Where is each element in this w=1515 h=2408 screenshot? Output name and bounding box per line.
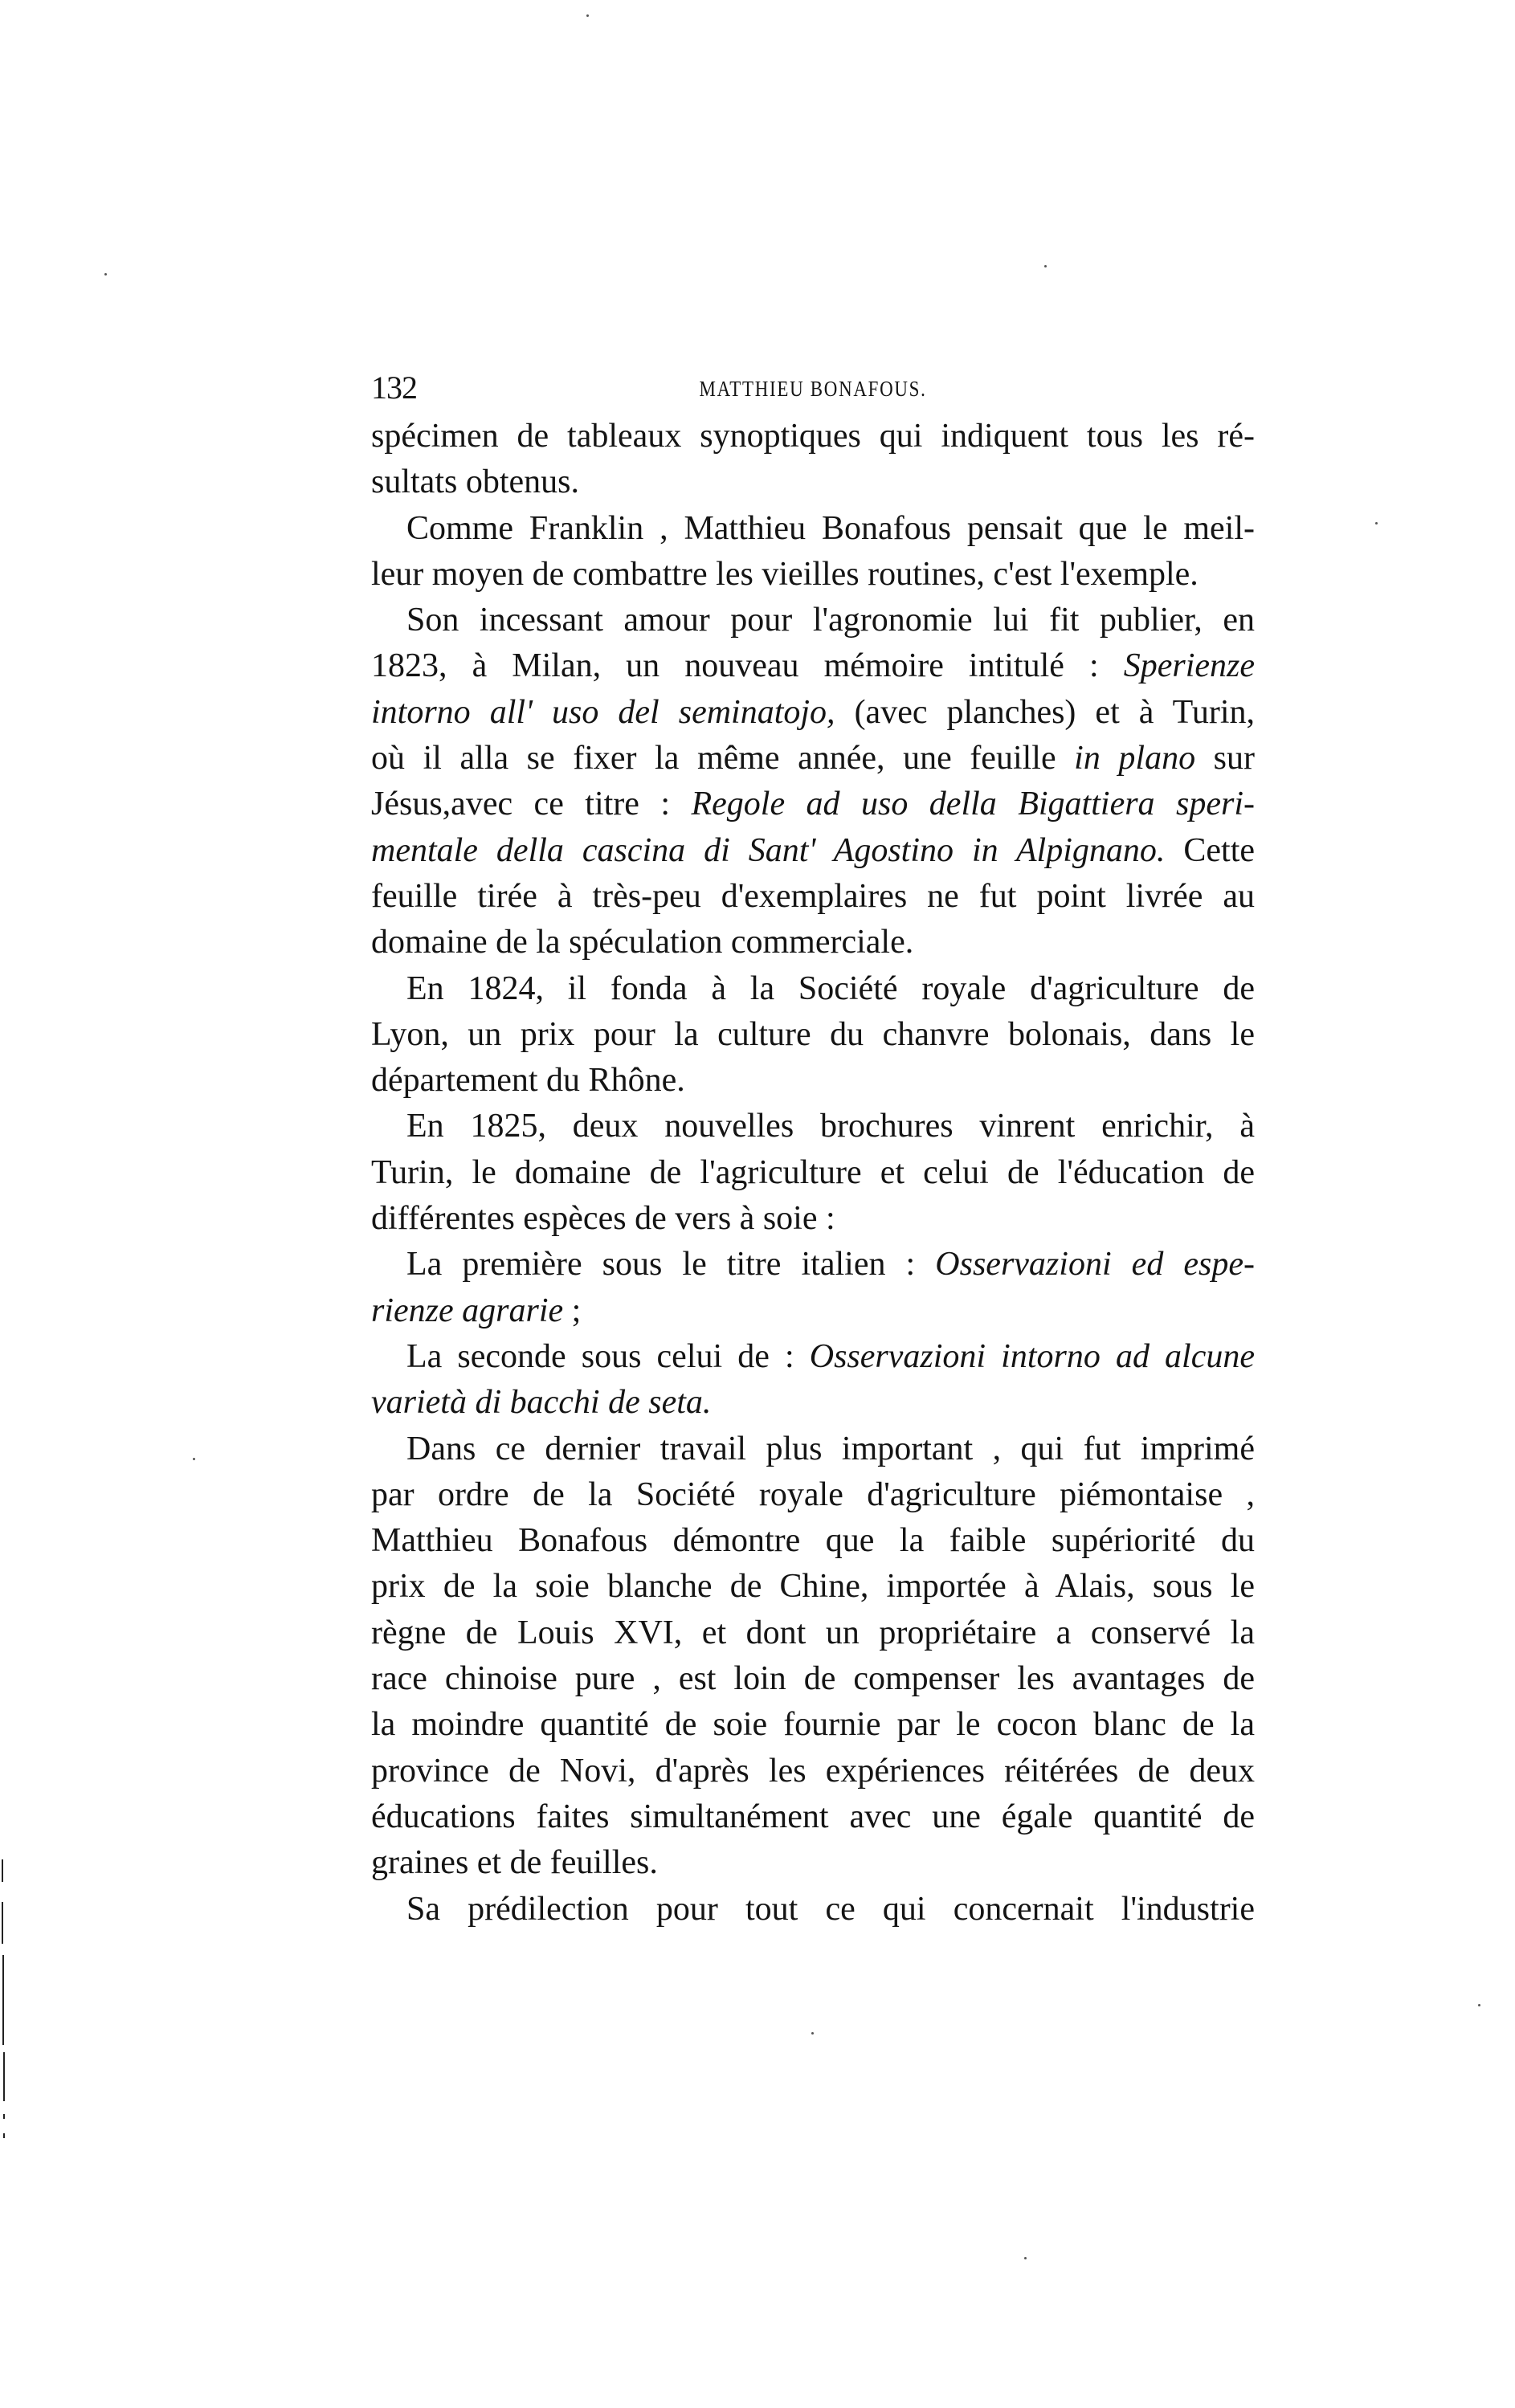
text-line: par ordre de la Société royale d'agricul… — [371, 1472, 1255, 1518]
running-head: 132 MATTHIEU BONAFOUS. — [371, 368, 1255, 408]
text-segment: règne de Louis XVI, et dont un propriéta… — [371, 1614, 1255, 1651]
scan-speck — [193, 1458, 195, 1460]
text-segment: Son incessant amour pour l'agronomie lui… — [406, 602, 1255, 639]
text-segment: par ordre de la Société royale d'agricul… — [371, 1476, 1255, 1513]
text-segment: En 1825, deux nouvelles brochures vinren… — [406, 1108, 1255, 1145]
text-line: Turin, le domaine de l'agriculture et ce… — [371, 1150, 1255, 1196]
scan-speck — [1478, 2004, 1480, 2006]
body-text: spécimen de tableaux synoptiques qui ind… — [371, 414, 1255, 1933]
running-title: MATTHIEU BONAFOUS. — [438, 371, 1189, 406]
text-segment: En 1824, il fonda à la Société royale d'… — [406, 970, 1255, 1007]
text-line: 1823, à Milan, un nouveau mémoire intitu… — [371, 643, 1255, 689]
text-line: Sa prédilection pour tout ce qui concern… — [371, 1887, 1255, 1933]
text-segment: sultats obtenus. — [371, 463, 579, 500]
text-line: La première sous le titre italien : Osse… — [371, 1242, 1255, 1288]
scan-speck — [1024, 2257, 1027, 2259]
text-line: varietà di bacchi de seta. — [371, 1380, 1255, 1426]
text-segment: province de Novi, d'après les expérience… — [371, 1753, 1255, 1790]
text-line: En 1825, deux nouvelles brochures vinren… — [371, 1104, 1255, 1149]
scan-speck — [1044, 265, 1047, 267]
text-segment: ; — [563, 1292, 581, 1329]
text-line: leur moyen de combattre les vieilles rou… — [371, 552, 1255, 598]
text-segment: la moindre quantité de soie fournie par … — [371, 1706, 1255, 1743]
italic-title-text: rienze agrarie — [371, 1292, 563, 1329]
scan-artifact-line — [3, 2114, 5, 2119]
italic-title-text: Sperienze — [1124, 647, 1255, 684]
text-line: province de Novi, d'après les expérience… — [371, 1749, 1255, 1794]
text-line: graines et de feuilles. — [371, 1840, 1255, 1886]
text-segment: différentes espèces de vers à soie : — [371, 1200, 835, 1237]
italic-title-text: Osservazioni ed espe- — [935, 1246, 1255, 1283]
italic-title-text: intorno all' uso del seminatojo, — [371, 694, 835, 731]
text-segment: où il alla se fixer la même année, une f… — [371, 740, 1074, 777]
text-segment: Jésus,avec ce titre : — [371, 786, 692, 822]
scan-speck — [104, 273, 107, 275]
text-segment: graines et de feuilles. — [371, 1844, 658, 1881]
italic-title-text: mentale della cascina di Sant' Agostino … — [371, 832, 1165, 869]
text-line: En 1824, il fonda à la Société royale d'… — [371, 966, 1255, 1012]
text-segment: race chinoise pure , est loin de compens… — [371, 1660, 1255, 1697]
text-line: feuille tirée à très-peu d'exemplaires n… — [371, 874, 1255, 920]
text-segment: spécimen de tableaux synoptiques qui ind… — [371, 418, 1255, 455]
text-line: la moindre quantité de soie fournie par … — [371, 1702, 1255, 1748]
text-line: domaine de la spéculation commerciale. — [371, 920, 1255, 965]
text-line: spécimen de tableaux synoptiques qui ind… — [371, 414, 1255, 459]
italic-title-text: Regole ad uso della Bigattiera speri- — [692, 786, 1256, 822]
text-line: La seconde sous celui de : Osservazioni … — [371, 1334, 1255, 1380]
text-segment: La seconde sous celui de : — [406, 1338, 810, 1375]
text-segment: sur — [1195, 740, 1255, 777]
scanned-book-page: 132 MATTHIEU BONAFOUS. spécimen de table… — [0, 0, 1515, 2408]
text-segment: département du Rhône. — [371, 1062, 685, 1099]
scan-artifact-line — [2, 1955, 4, 2045]
text-segment: Comme Franklin , Matthieu Bonafous pensa… — [406, 510, 1255, 547]
scan-artifact-line — [3, 2133, 5, 2138]
page-number: 132 — [371, 368, 417, 408]
text-segment: Dans ce dernier travail plus important ,… — [406, 1431, 1255, 1467]
text-segment: La première sous le titre italien : — [406, 1246, 935, 1283]
text-segment: domaine de la spéculation commerciale. — [371, 924, 913, 961]
text-segment: Matthieu Bonafous démontre que la faible… — [371, 1522, 1255, 1559]
text-segment: prix de la soie blanche de Chine, import… — [371, 1568, 1255, 1605]
text-line: race chinoise pure , est loin de compens… — [371, 1656, 1255, 1702]
scan-artifact-line — [2, 1859, 3, 1882]
scan-speck — [586, 14, 589, 17]
text-line: Son incessant amour pour l'agronomie lui… — [371, 598, 1255, 643]
text-segment: feuille tirée à très-peu d'exemplaires n… — [371, 878, 1255, 915]
text-line: Dans ce dernier travail plus important ,… — [371, 1426, 1255, 1472]
text-segment: leur moyen de combattre les vieilles rou… — [371, 556, 1199, 593]
text-segment: Cette — [1165, 832, 1255, 869]
text-line: Lyon, un prix pour la culture du chanvre… — [371, 1012, 1255, 1058]
scan-speck — [1375, 522, 1378, 524]
text-line: rienze agrarie ; — [371, 1288, 1255, 1334]
text-line: prix de la soie blanche de Chine, import… — [371, 1564, 1255, 1610]
text-segment: Turin, le domaine de l'agriculture et ce… — [371, 1154, 1255, 1191]
scan-artifact-line — [3, 2052, 5, 2101]
italic-title-text: varietà di bacchi de seta. — [371, 1384, 711, 1421]
text-line: Matthieu Bonafous démontre que la faible… — [371, 1518, 1255, 1564]
text-segment: Sa prédilection pour tout ce qui concern… — [406, 1891, 1255, 1928]
text-line: règne de Louis XVI, et dont un propriéta… — [371, 1610, 1255, 1656]
text-line: Comme Franklin , Matthieu Bonafous pensa… — [371, 506, 1255, 552]
text-segment: éducations faites simultanément avec une… — [371, 1798, 1255, 1835]
text-line: différentes espèces de vers à soie : — [371, 1196, 1255, 1242]
italic-title-text: Osservazioni intorno ad alcune — [810, 1338, 1255, 1375]
text-line: Jésus,avec ce titre : Regole ad uso dell… — [371, 782, 1255, 827]
text-segment: 1823, à Milan, un nouveau mémoire intitu… — [371, 647, 1124, 684]
text-line: sultats obtenus. — [371, 459, 1255, 505]
text-line: mentale della cascina di Sant' Agostino … — [371, 828, 1255, 874]
text-line: intorno all' uso del seminatojo, (avec p… — [371, 690, 1255, 736]
text-segment: Lyon, un prix pour la culture du chanvre… — [371, 1016, 1255, 1053]
scan-speck — [811, 2032, 814, 2035]
italic-title-text: in plano — [1074, 740, 1195, 777]
text-line: éducations faites simultanément avec une… — [371, 1794, 1255, 1840]
text-line: où il alla se fixer la même année, une f… — [371, 736, 1255, 782]
text-line: département du Rhône. — [371, 1058, 1255, 1104]
scan-artifact-line — [2, 1902, 3, 1944]
text-segment: (avec planches) et à Turin, — [835, 694, 1255, 731]
